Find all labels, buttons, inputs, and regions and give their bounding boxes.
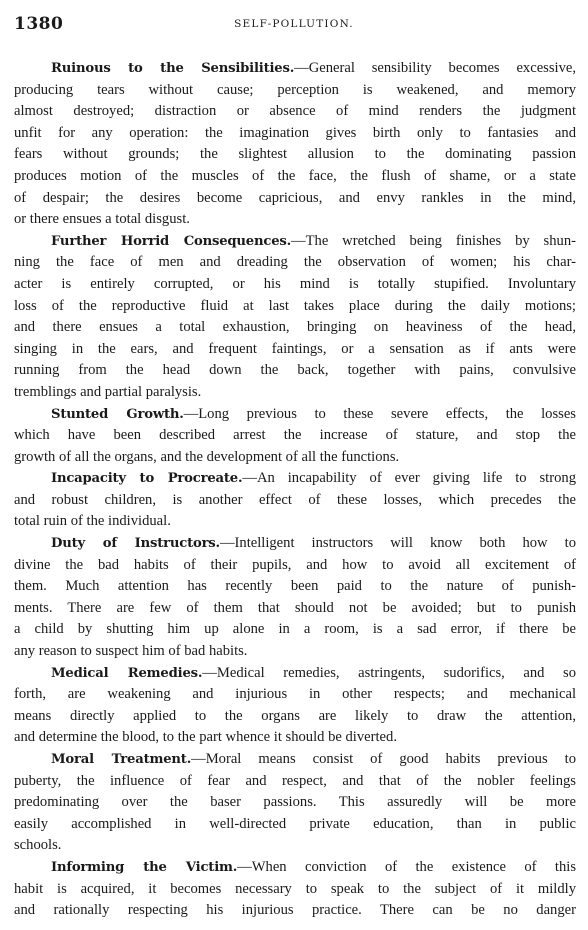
- section-heading: Stunted Growth.: [51, 407, 184, 422]
- paragraph: Stunted Growth.—Long previous to these s…: [14, 404, 576, 469]
- line-text: loss of the reproductive fluid at last t…: [14, 298, 576, 314]
- paragraph-first-line: Duty of Instructors.—Intelligent instruc…: [14, 533, 576, 555]
- line-text: —General sensibility becomes excessive,: [294, 60, 576, 76]
- text-line: which have been described arrest the inc…: [14, 425, 576, 447]
- line-text: —The wretched being finishes by shun-: [291, 233, 576, 249]
- line-text: growth of all the organs, and the develo…: [14, 449, 399, 465]
- paragraph-first-line: Stunted Growth.—Long previous to these s…: [14, 404, 576, 426]
- line-text: and determine the blood, to the part whe…: [14, 729, 397, 745]
- line-text: ning the face of men and dreading the ob…: [14, 254, 576, 270]
- paragraph-first-line: Informing the Victim.—When conviction of…: [14, 857, 576, 879]
- running-head: SELF-POLLUTION.: [14, 18, 574, 30]
- line-text: singing in the ears, and frequent fainti…: [14, 341, 576, 357]
- text-line: of despair; the desires become capriciou…: [14, 188, 576, 210]
- text-line: loss of the reproductive fluid at last t…: [14, 296, 576, 318]
- text-line: almost destroyed; distraction or absence…: [14, 101, 576, 123]
- text-line: acter is entirely corrupted, or his mind…: [14, 274, 576, 296]
- text-line: fears without grounds; the slightest all…: [14, 144, 576, 166]
- paragraph-first-line: Further Horrid Consequences.—The wretche…: [14, 231, 576, 253]
- line-text: ments. There are few of them that should…: [14, 600, 576, 616]
- text-line: singing in the ears, and frequent fainti…: [14, 339, 576, 361]
- paragraph: Moral Treatment.—Moral means consist of …: [14, 749, 576, 857]
- line-text: —Moral means consist of good habits prev…: [191, 751, 576, 767]
- line-text: easily accomplished in well-directed pri…: [14, 816, 576, 832]
- line-text: unfit for any operation: the imagination…: [14, 125, 576, 141]
- line-text: —When conviction of the existence of thi…: [237, 859, 576, 875]
- text-line: running from the head down the back, tog…: [14, 360, 576, 382]
- text-line: puberty, the influence of fear and respe…: [14, 771, 576, 793]
- line-text: produces motion of the muscles of the fa…: [14, 168, 576, 184]
- text-line: ments. There are few of them that should…: [14, 598, 576, 620]
- line-text: predominating over the baser passions. T…: [14, 794, 576, 810]
- line-text: and rationally respecting his injurious …: [14, 902, 576, 918]
- line-text: total ruin of the individual.: [14, 513, 171, 529]
- text-line: total ruin of the individual.: [14, 511, 576, 533]
- text-line: producing tears without cause; perceptio…: [14, 80, 576, 102]
- paragraph: Ruinous to the Sensibilities.—General se…: [14, 58, 576, 231]
- line-text: habit is acquired, it becomes necessary …: [14, 881, 576, 897]
- line-text: producing tears without cause; perceptio…: [14, 82, 576, 98]
- paragraph-first-line: Moral Treatment.—Moral means consist of …: [14, 749, 576, 771]
- paragraph: Medical Remedies.—Medical remedies, astr…: [14, 663, 576, 749]
- text-line: tremblings and partial paralysis.: [14, 382, 576, 404]
- text-line: easily accomplished in well-directed pri…: [14, 814, 576, 836]
- line-text: or there ensues a total disgust.: [14, 211, 190, 227]
- text-line: predominating over the baser passions. T…: [14, 792, 576, 814]
- text-line: forth, are weakening and injurious in ot…: [14, 684, 576, 706]
- line-text: them. Much attention has recently been p…: [14, 578, 576, 594]
- line-text: tremblings and partial paralysis.: [14, 384, 201, 400]
- paragraph-first-line: Incapacity to Procreate.—An incapability…: [14, 468, 576, 490]
- line-text: acter is entirely corrupted, or his mind…: [14, 276, 576, 292]
- line-text: which have been described arrest the inc…: [14, 427, 576, 443]
- line-text: —Intelligent instructors will know both …: [220, 535, 576, 551]
- line-text: fears without grounds; the slightest all…: [14, 146, 576, 162]
- section-heading: Incapacity to Procreate.: [51, 471, 242, 486]
- page-body: Ruinous to the Sensibilities.—General se…: [14, 58, 576, 922]
- text-line: unfit for any operation: the imagination…: [14, 123, 576, 145]
- section-heading: Ruinous to the Sensibilities.: [51, 61, 294, 76]
- text-line: and determine the blood, to the part whe…: [14, 727, 576, 749]
- text-line: growth of all the organs, and the develo…: [14, 447, 576, 469]
- line-text: of despair; the desires become capriciou…: [14, 190, 576, 206]
- section-heading: Further Horrid Consequences.: [51, 234, 291, 249]
- text-line: and there ensues a total exhaustion, bri…: [14, 317, 576, 339]
- text-line: any reason to suspect him of bad habits.: [14, 641, 576, 663]
- paragraph: Informing the Victim.—When conviction of…: [14, 857, 576, 922]
- line-text: —Long previous to these severe effects, …: [184, 406, 576, 422]
- paragraph: Incapacity to Procreate.—An incapability…: [14, 468, 576, 533]
- text-line: produces motion of the muscles of the fa…: [14, 166, 576, 188]
- text-line: and robust children, is another effect o…: [14, 490, 576, 512]
- line-text: —Medical remedies, astringents, sudorifi…: [202, 665, 576, 681]
- paragraph-first-line: Ruinous to the Sensibilities.—General se…: [14, 58, 576, 80]
- line-text: —An incapability of ever giving life to …: [242, 470, 576, 486]
- paragraph: Further Horrid Consequences.—The wretche…: [14, 231, 576, 404]
- page-header: 1380 SELF-POLLUTION.: [14, 14, 574, 38]
- line-text: running from the head down the back, tog…: [14, 362, 576, 378]
- line-text: any reason to suspect him of bad habits.: [14, 643, 247, 659]
- text-line: them. Much attention has recently been p…: [14, 576, 576, 598]
- section-heading: Medical Remedies.: [51, 666, 202, 681]
- paragraph-first-line: Medical Remedies.—Medical remedies, astr…: [14, 663, 576, 685]
- line-text: almost destroyed; distraction or absence…: [14, 103, 576, 119]
- text-line: habit is acquired, it becomes necessary …: [14, 879, 576, 901]
- text-line: schools.: [14, 835, 576, 857]
- section-heading: Duty of Instructors.: [51, 536, 220, 551]
- text-line: divine the bad habits of their pupils, a…: [14, 555, 576, 577]
- line-text: schools.: [14, 837, 61, 853]
- paragraph: Duty of Instructors.—Intelligent instruc…: [14, 533, 576, 663]
- text-line: and rationally respecting his injurious …: [14, 900, 576, 922]
- line-text: a child by shutting him up alone in a ro…: [14, 621, 576, 637]
- line-text: and robust children, is another effect o…: [14, 492, 576, 508]
- line-text: forth, are weakening and injurious in ot…: [14, 686, 576, 702]
- section-heading: Moral Treatment.: [51, 752, 191, 767]
- section-heading: Informing the Victim.: [51, 860, 237, 875]
- line-text: means directly applied to the organs are…: [14, 708, 576, 724]
- text-line: or there ensues a total disgust.: [14, 209, 576, 231]
- line-text: puberty, the influence of fear and respe…: [14, 773, 576, 789]
- text-line: a child by shutting him up alone in a ro…: [14, 619, 576, 641]
- text-line: ning the face of men and dreading the ob…: [14, 252, 576, 274]
- line-text: and there ensues a total exhaustion, bri…: [14, 319, 576, 335]
- line-text: divine the bad habits of their pupils, a…: [14, 557, 576, 573]
- text-line: means directly applied to the organs are…: [14, 706, 576, 728]
